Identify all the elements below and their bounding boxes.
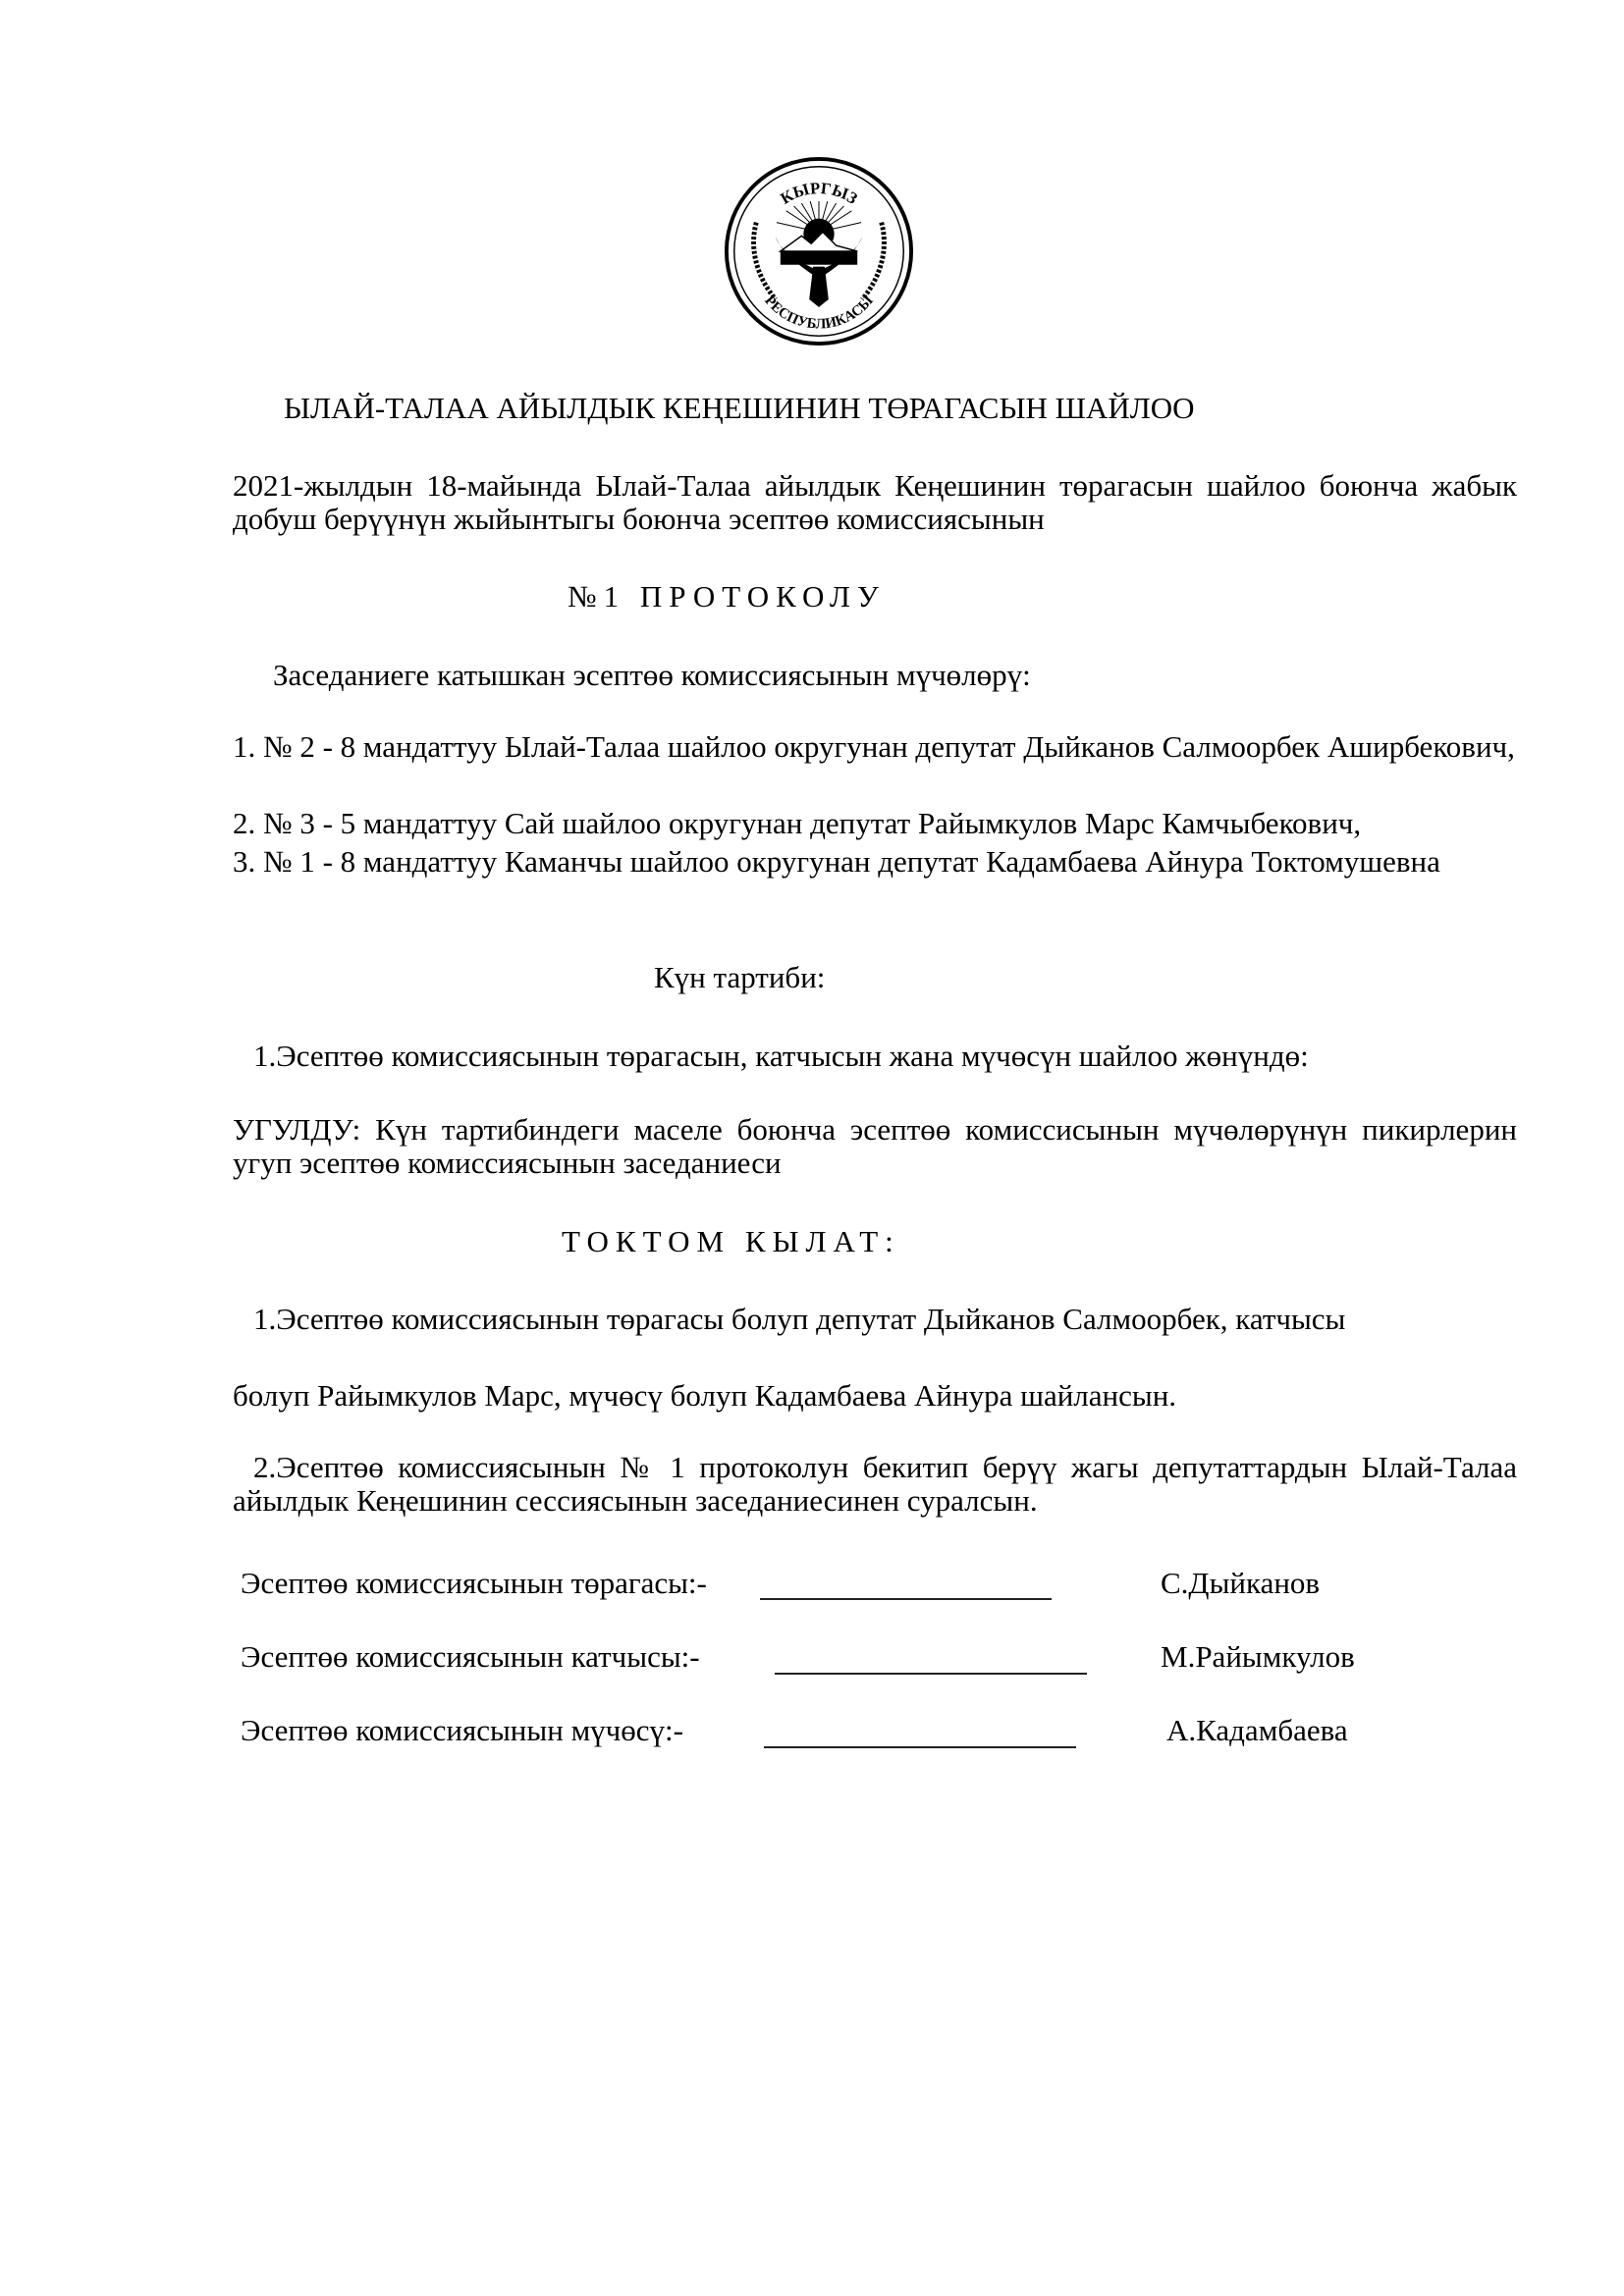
document-title: ЫЛАЙ-ТАЛАА АЙЫЛДЫК КЕҢЕШИНИН ТӨРАГАСЫН Ш… (284, 391, 1195, 426)
agenda-heading: Күн тартиби: (654, 960, 825, 995)
signature-name-secretary: М.Райымкулов (1161, 1639, 1355, 1675)
signature-line-member (764, 1746, 1076, 1748)
member-item-1: 1. № 2 - 8 мандаттуу Ылай-Талаа шайлоо о… (233, 730, 1517, 764)
signature-name-chair: С.Дыйканов (1161, 1566, 1320, 1601)
agenda-item: 1.Эсептөө комиссиясынын төрагасын, катчы… (253, 1039, 1309, 1074)
intro-paragraph: 2021-жылдын 18-майында Ылай-Талаа айылды… (233, 469, 1517, 536)
protocol-heading: №1 ПРОТОКОЛУ (568, 579, 886, 614)
kyrgyz-state-emblem-icon: КЫРГЫЗ РЕСПУБЛИКАСЫ (723, 155, 915, 347)
resolution-heading: ТОКТОМ КЫЛАТ: (562, 1224, 900, 1259)
member-item-2: 2. № 3 - 5 мандаттуу Сай шайлоо округуна… (233, 807, 1517, 840)
signature-role-chair: Эсептөө комиссиясынын төрагасы:- (241, 1566, 707, 1601)
signature-role-secretary: Эсептөө комиссиясынын катчысы:- (241, 1639, 700, 1675)
resolution-2: 2.Эсептөө комиссиясынын № 1 протоколун б… (233, 1451, 1517, 1518)
resolution-1-line-2: болуп Райымкулов Марс, мүчөсү болуп Када… (233, 1378, 1176, 1414)
members-heading: Заседаниеге катышкан эсептөө комиссиясын… (273, 658, 1031, 693)
member-item-3: 3. № 1 - 8 мандаттуу Каманчы шайлоо окру… (233, 845, 1517, 879)
signature-line-chair (760, 1598, 1052, 1600)
signature-role-member: Эсептөө комиссиясынын мүчөсү:- (241, 1713, 683, 1748)
heard-paragraph: УГУЛДУ: Күн тартибиндеги маселе боюнча э… (233, 1113, 1517, 1180)
signature-name-member: А.Кадамбаева (1166, 1713, 1348, 1748)
resolution-1-line-1: 1.Эсептөө комиссиясынын төрагасы болуп д… (253, 1302, 1345, 1337)
signature-line-secretary (775, 1673, 1087, 1675)
